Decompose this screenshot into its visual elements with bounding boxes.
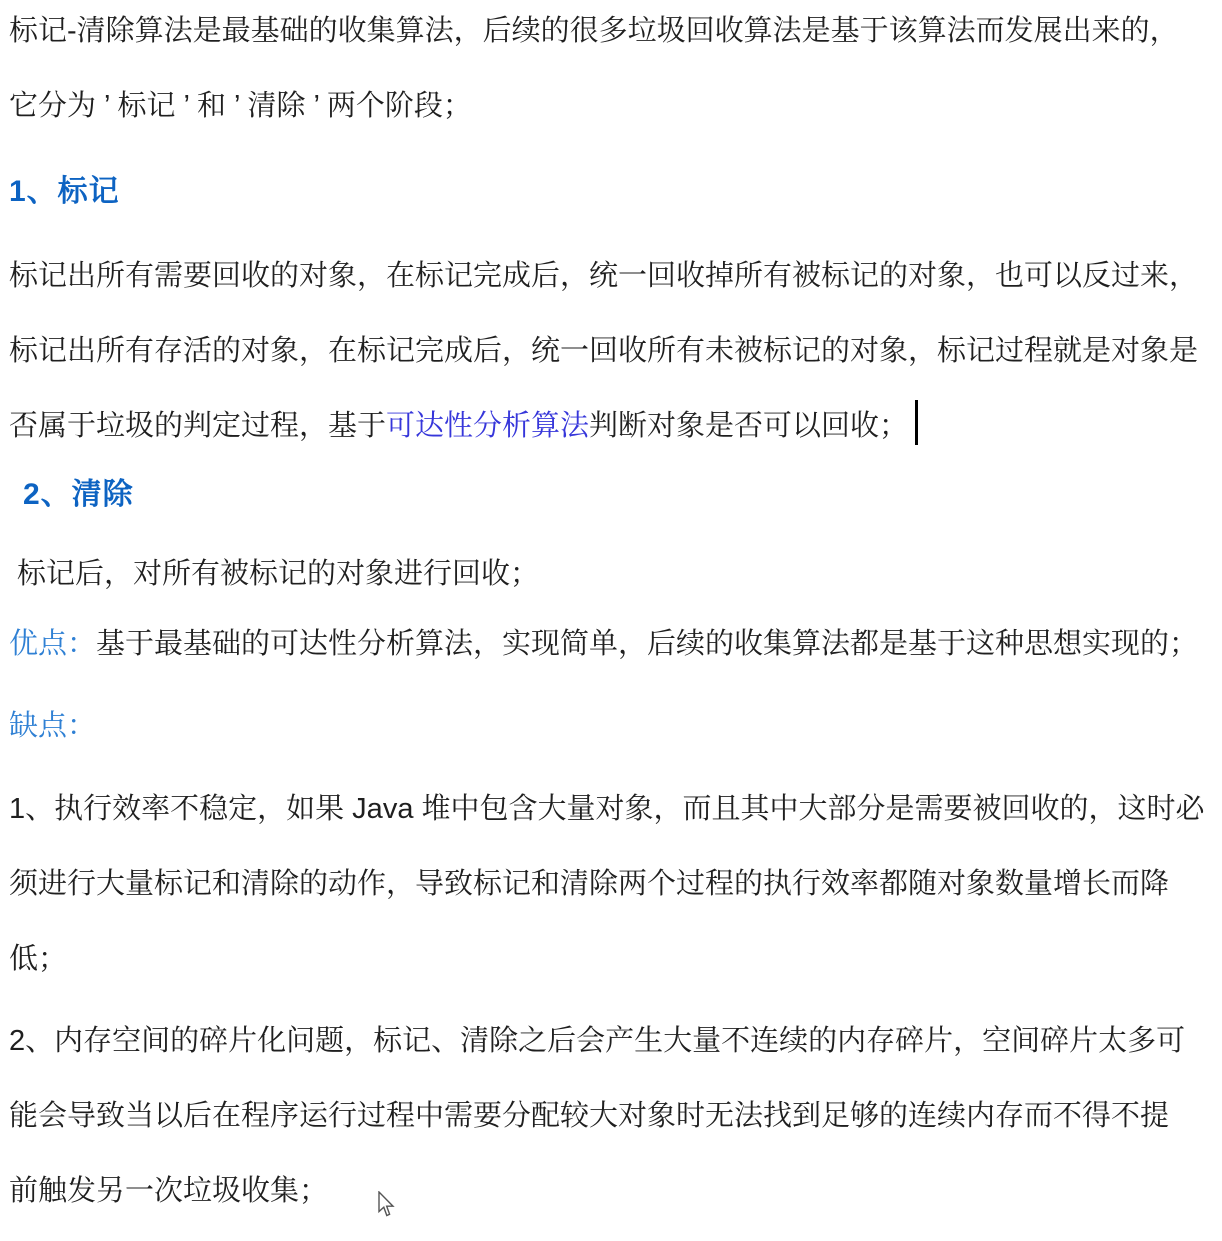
cons-label: 缺点：: [9, 710, 96, 742]
paragraph-con-1: 1、执行效率不稳定，如果 Java 堆中包含大量对象，而且其中大部分是需要被回收…: [9, 772, 1218, 997]
body-text-run: 标记出所有需要回收的对象，在标记完成后，统一回收掉所有被标记的对象，也可以反过来…: [9, 260, 1198, 292]
text-line: 2、内存空间的碎片化问题，标记、清除之后会产生大量不连续的内存碎片，空间碎片太多…: [9, 1004, 1218, 1079]
body-text-run: 标记出所有存活的对象，在标记完成后，统一回收所有未被标记的对象，标记过程就是对象…: [9, 335, 1198, 367]
text-line: 2、清除: [23, 457, 1218, 532]
pros-label: 优点：: [9, 628, 96, 660]
text-line: 1、标记: [9, 154, 1218, 229]
paragraph-pros: 优点：基于最基础的可达性分析算法，实现简单，后续的收集算法都是基于这种思想实现的…: [9, 607, 1218, 682]
text-line: 标记-清除算法是最基础的收集算法，后续的很多垃圾回收算法是基于该算法而发展出来的…: [9, 0, 1218, 69]
body-text-run: 2、内存空间的碎片化问题，标记、清除之后会产生大量不连续的内存碎片，空间碎片太多…: [9, 1025, 1185, 1057]
reachability-analysis-link[interactable]: 可达性分析算法: [386, 410, 589, 442]
body-text-run: 能会导致当以后在程序运行过程中需要分配较大对象时无法找到足够的连续内存而不得不提: [9, 1100, 1169, 1132]
body-text-run: 须进行大量标记和清除的动作，导致标记和清除两个过程的执行效率都随对象数量增长而降: [9, 868, 1169, 900]
paragraph-sweep-desc: 标记后，对所有被标记的对象进行回收；: [17, 537, 1218, 612]
text-line: 否属于垃圾的判定过程，基于可达性分析算法判断对象是否可以回收；: [9, 389, 1218, 464]
text-line: 1、执行效率不稳定，如果 Java 堆中包含大量对象，而且其中大部分是需要被回收…: [9, 772, 1218, 847]
paragraph-con-2: 2、内存空间的碎片化问题，标记、清除之后会产生大量不连续的内存碎片，空间碎片太多…: [9, 1004, 1218, 1229]
paragraph-intro: 标记-清除算法是最基础的收集算法，后续的很多垃圾回收算法是基于该算法而发展出来的…: [9, 0, 1218, 144]
heading-sweep-label: 2、清除: [23, 478, 134, 511]
body-text-run: 标记后，对所有被标记的对象进行回收；: [17, 558, 539, 590]
document-text-area[interactable]: 标记-清除算法是最基础的收集算法，后续的很多垃圾回收算法是基于该算法而发展出来的…: [0, 0, 1222, 1235]
paragraph-heading-sweep: 2、清除: [23, 457, 1218, 532]
text-line: 须进行大量标记和清除的动作，导致标记和清除两个过程的执行效率都随对象数量增长而降: [9, 847, 1218, 922]
text-line: 优点：基于最基础的可达性分析算法，实现简单，后续的收集算法都是基于这种思想实现的…: [9, 607, 1218, 682]
text-line: 它分为 ’ 标记 ’ 和 ’ 清除 ’ 两个阶段；: [9, 69, 1218, 144]
text-line: 前触发另一次垃圾收集；: [9, 1154, 1218, 1229]
text-line: 标记后，对所有被标记的对象进行回收；: [17, 537, 1218, 612]
body-text-run: 1、执行效率不稳定，如果 Java 堆中包含大量对象，而且其中大部分是需要被回收…: [9, 793, 1205, 825]
text-line: 标记出所有存活的对象，在标记完成后，统一回收所有未被标记的对象，标记过程就是对象…: [9, 314, 1218, 389]
text-line: 能会导致当以后在程序运行过程中需要分配较大对象时无法找到足够的连续内存而不得不提: [9, 1079, 1218, 1154]
body-text-run: 否属于垃圾的判定过程，基于: [9, 410, 386, 442]
text-line: 缺点：: [9, 689, 1218, 764]
paragraph-cons: 缺点：: [9, 689, 1218, 764]
paragraph-heading-mark: 1、标记: [9, 154, 1218, 229]
body-text-run: 低；: [9, 943, 67, 975]
heading-mark-label: 1、标记: [9, 175, 120, 208]
body-text-run: 前触发另一次垃圾收集；: [9, 1175, 328, 1207]
text-line: 低；: [9, 922, 1218, 997]
body-text-run: 它分为 ’ 标记 ’ 和 ’ 清除 ’ 两个阶段；: [9, 90, 472, 122]
paragraph-mark-desc: 标记出所有需要回收的对象，在标记完成后，统一回收掉所有被标记的对象，也可以反过来…: [9, 239, 1218, 464]
text-line: 标记出所有需要回收的对象，在标记完成后，统一回收掉所有被标记的对象，也可以反过来…: [9, 239, 1218, 314]
body-text-run: 标记-清除算法是最基础的收集算法，后续的很多垃圾回收算法是基于该算法而发展出来的…: [9, 15, 1179, 47]
text-caret: [915, 400, 918, 445]
body-text-run: 判断对象是否可以回收；: [589, 410, 908, 442]
body-text-run: 基于最基础的可达性分析算法，实现简单，后续的收集算法都是基于这种思想实现的；: [96, 628, 1198, 660]
